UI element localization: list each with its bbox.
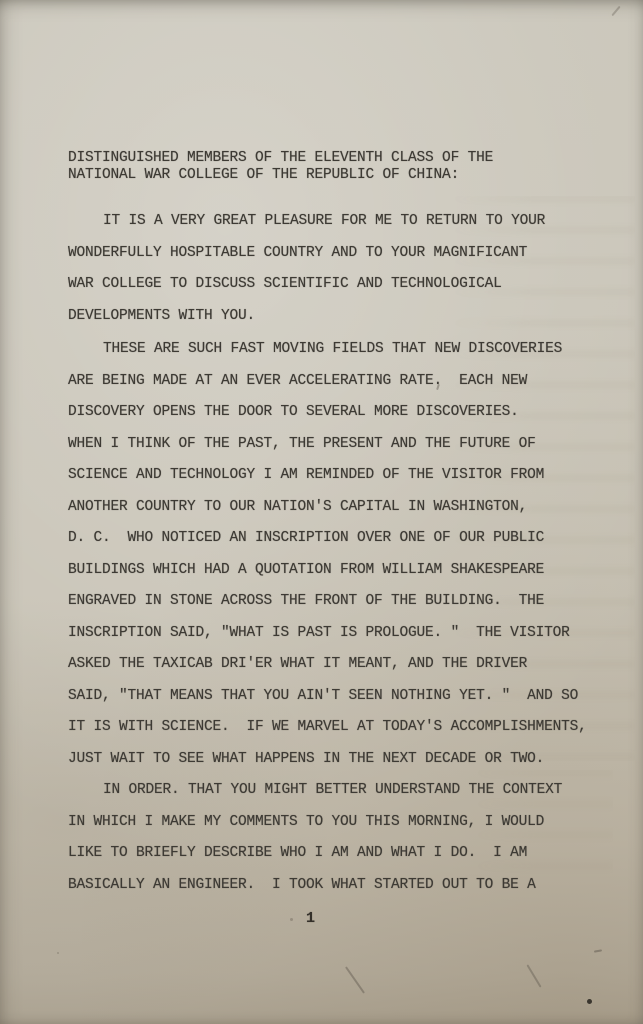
document-text: DISTINGUISHED MEMBERS OF THE ELEVENTH CL… xyxy=(68,150,623,901)
ink-dot xyxy=(587,999,592,1004)
paper-speck xyxy=(57,952,59,954)
paragraph-line: BASICALLY AN ENGINEER. I TOOK WHAT START… xyxy=(68,870,623,902)
scanned-page: DISTINGUISHED MEMBERS OF THE ELEVENTH CL… xyxy=(0,0,643,1024)
scratch-mark xyxy=(611,6,620,16)
paragraph-line: WAR COLLEGE TO DISCUSS SCIENTIFIC AND TE… xyxy=(68,269,623,301)
scratch-mark xyxy=(526,964,541,987)
salutation-line: NATIONAL WAR COLLEGE OF THE REPUBLIC OF … xyxy=(68,167,623,184)
paragraph-line: SCIENCE AND TECHNOLOGY I AM REMINDED OF … xyxy=(68,460,623,492)
paragraph-line: D. C. WHO NOTICED AN INSCRIPTION OVER ON… xyxy=(68,523,623,555)
paragraph-line: ARE BEING MADE AT AN EVER ACCELERATING R… xyxy=(68,366,623,398)
paragraph-line: DISCOVERY OPENS THE DOOR TO SEVERAL MORE… xyxy=(68,397,623,429)
paragraph-line: ASKED THE TAXICAB DRI'ER WHAT IT MEANT, … xyxy=(68,649,623,681)
paragraph-line: DEVELOPMENTS WITH YOU. xyxy=(68,301,623,333)
paragraph-line: IN WHICH I MAKE MY COMMENTS TO YOU THIS … xyxy=(68,807,623,839)
paragraph-line: JUST WAIT TO SEE WHAT HAPPENS IN THE NEX… xyxy=(68,744,623,776)
paragraph-line: THESE ARE SUCH FAST MOVING FIELDS THAT N… xyxy=(68,334,623,366)
paragraph-line: WONDERFULLY HOSPITABLE COUNTRY AND TO YO… xyxy=(68,238,623,270)
pen-dash-mark xyxy=(594,949,602,952)
paper-speck xyxy=(290,918,293,921)
paragraph-line: BUILDINGS WHICH HAD A QUOTATION FROM WIL… xyxy=(68,555,623,587)
paragraph-line: INSCRIPTION SAID, "WHAT IS PAST IS PROLO… xyxy=(68,618,623,650)
salutation-line: DISTINGUISHED MEMBERS OF THE ELEVENTH CL… xyxy=(68,150,623,167)
paragraph-line: ENGRAVED IN STONE ACROSS THE FRONT OF TH… xyxy=(68,586,623,618)
paragraph-line: IT IS A VERY GREAT PLEASURE FOR ME TO RE… xyxy=(68,206,623,238)
paragraph-line: IN ORDER. THAT YOU MIGHT BETTER UNDERSTA… xyxy=(68,775,623,807)
paragraph-line: SAID, "THAT MEANS THAT YOU AIN'T SEEN NO… xyxy=(68,681,623,713)
page-number: 1 xyxy=(0,910,632,927)
paragraph-line: ANOTHER COUNTRY TO OUR NATION'S CAPITAL … xyxy=(68,492,623,524)
paragraph-line: WHEN I THINK OF THE PAST, THE PRESENT AN… xyxy=(68,429,623,461)
paragraph-line: LIKE TO BRIEFLY DESCRIBE WHO I AM AND WH… xyxy=(68,838,623,870)
scratch-mark xyxy=(345,966,365,993)
paragraph-line: IT IS WITH SCIENCE. IF WE MARVEL AT TODA… xyxy=(68,712,623,744)
